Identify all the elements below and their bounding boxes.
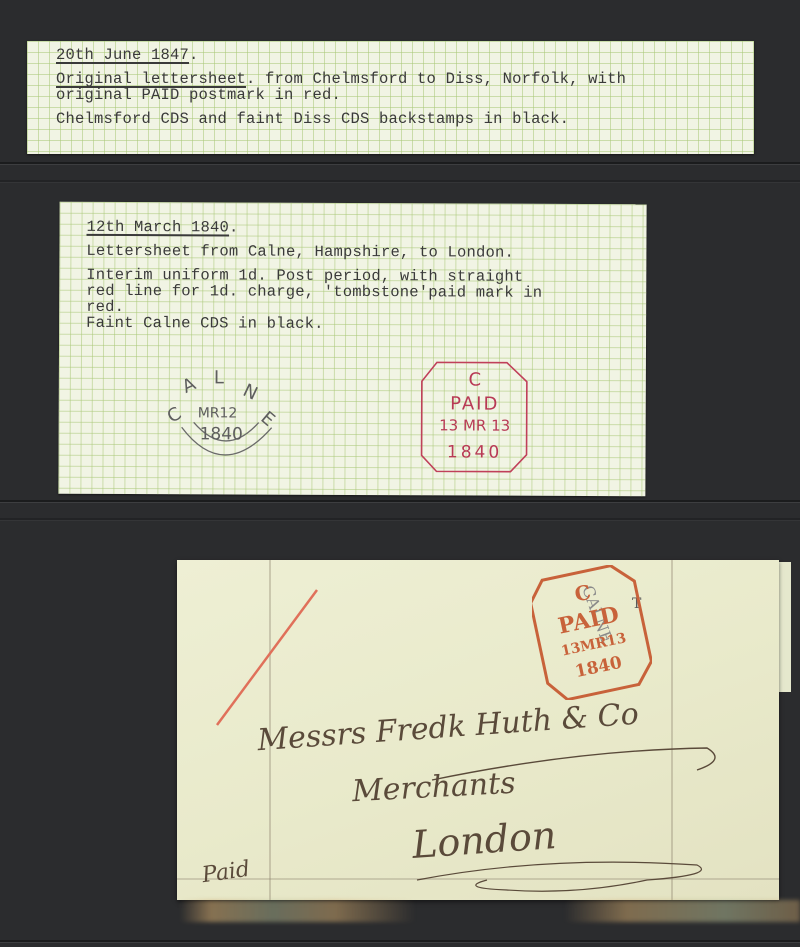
album-strip-divider (0, 180, 800, 182)
album-strip-divider (0, 500, 800, 502)
fold-line (671, 560, 673, 900)
card-text-line: Chelmsford CDS and faint Diss CDS backst… (56, 111, 754, 127)
manuscript-paid: Paid (200, 857, 251, 888)
cds-year: 1840 (200, 424, 243, 444)
cds-letter: L (214, 367, 224, 388)
cover-tombstone-paid-stamp: C PAID 13MR13 1840 (532, 565, 652, 700)
cds-letter: A (179, 373, 200, 398)
cover-paid-year: 1840 (573, 653, 624, 682)
card-date: 20th June 1847. (56, 47, 754, 63)
album-strip-divider (0, 518, 800, 520)
cds-letter: E (256, 407, 278, 430)
description-card-1847: 20th June 1847. Original lettersheet. fr… (27, 41, 754, 154)
description-card-1840: 12th March 1840. Lettersheet from Calne,… (58, 202, 646, 497)
card-text-line: Original lettersheet. from Chelmsford to… (56, 71, 754, 87)
card-text-line: original PAID postmark in red. (56, 87, 754, 103)
london-flourish (397, 860, 717, 900)
paid-stamp-date: 13 MR 13 (439, 416, 510, 434)
album-strip-divider (0, 162, 800, 164)
paid-stamp-label: PAID (450, 393, 499, 414)
cds-letter: N (240, 380, 261, 405)
red-charge-line (207, 585, 327, 730)
paid-stamp-top: C (469, 370, 482, 391)
svg-text:C: C (572, 580, 593, 607)
address-line-2: Merchants (351, 766, 516, 810)
address-line-3: London (411, 813, 558, 867)
card-text-line: Faint Calne CDS in black. (86, 315, 646, 333)
album-strip-divider (0, 940, 800, 942)
cds-letter: C (164, 403, 185, 427)
card-text-line: red line for 1d. charge, 'tombstone'paid… (86, 283, 646, 301)
tombstone-paid-stamp-drawing: C PAID 13 MR 13 1840 (418, 359, 534, 478)
card-date: 12th March 1840. (86, 219, 646, 237)
calne-cds-stamp-drawing: C A L N E MR12 1840 (163, 357, 294, 473)
photo-glare (180, 900, 800, 922)
cds-date: MR12 (198, 405, 238, 421)
card-text-line: Lettersheet from Calne, Hampshire, to Lo… (86, 243, 646, 261)
lettersheet-cover: CALNE T C PAID 13MR13 1840 Messrs Fredk … (177, 560, 779, 900)
paid-stamp-year: 1840 (447, 442, 502, 462)
